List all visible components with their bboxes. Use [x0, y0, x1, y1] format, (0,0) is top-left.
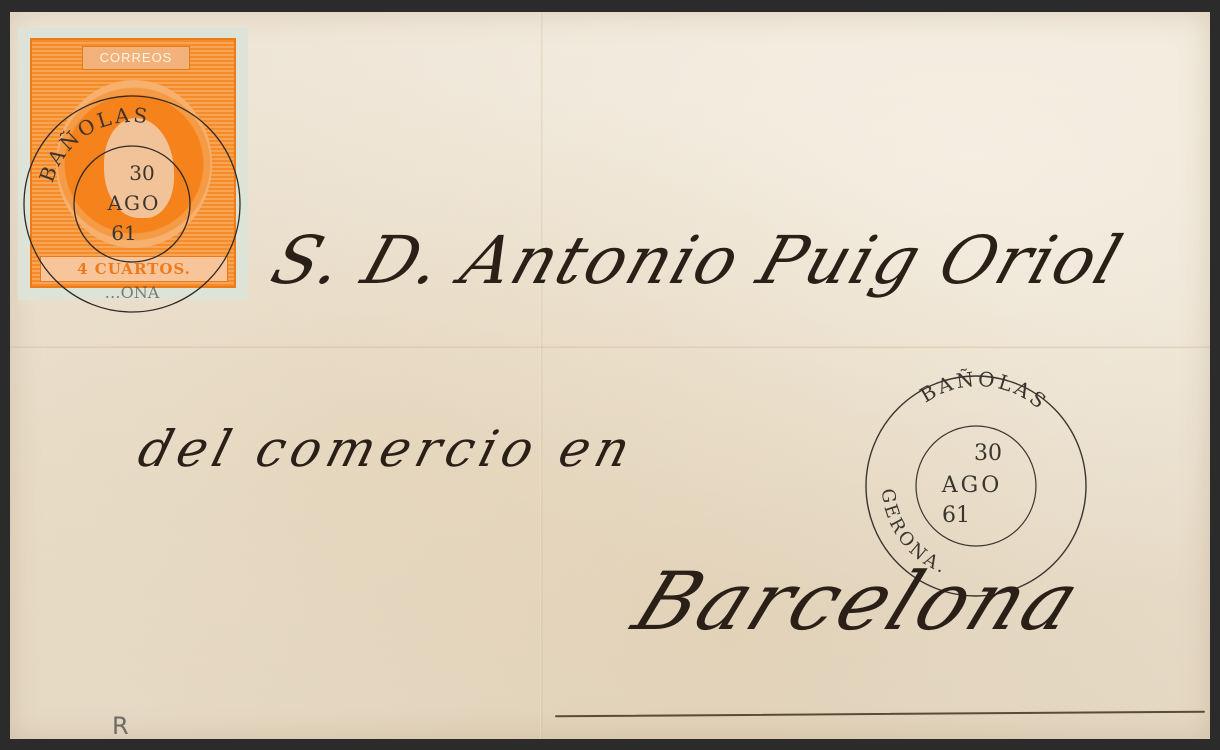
address-line-occupation: del comercio en [132, 420, 642, 478]
cancel-day: 30 [129, 161, 154, 185]
pencil-mark: R [112, 712, 129, 740]
stamp-cancellation: BAÑOLAS 30 AGO 61 …ONA [20, 92, 244, 320]
stamp-header: CORREOS [82, 46, 190, 70]
horizontal-fold [10, 346, 1210, 349]
vertical-fold [540, 12, 543, 739]
address-line-recipient: S. D. Antonio Puig Oriol [262, 222, 1132, 299]
postmark-town: BAÑOLAS [916, 367, 1053, 415]
postmark-year: 61 [942, 503, 970, 528]
cancel-month: AGO [107, 191, 161, 215]
postmark-month: AGO [941, 473, 1003, 498]
cancel-province: …ONA [105, 283, 160, 302]
postmark-day: 30 [974, 441, 1002, 466]
address-line-city: Barcelona [621, 555, 1095, 648]
cancel-year: 61 [111, 221, 136, 245]
